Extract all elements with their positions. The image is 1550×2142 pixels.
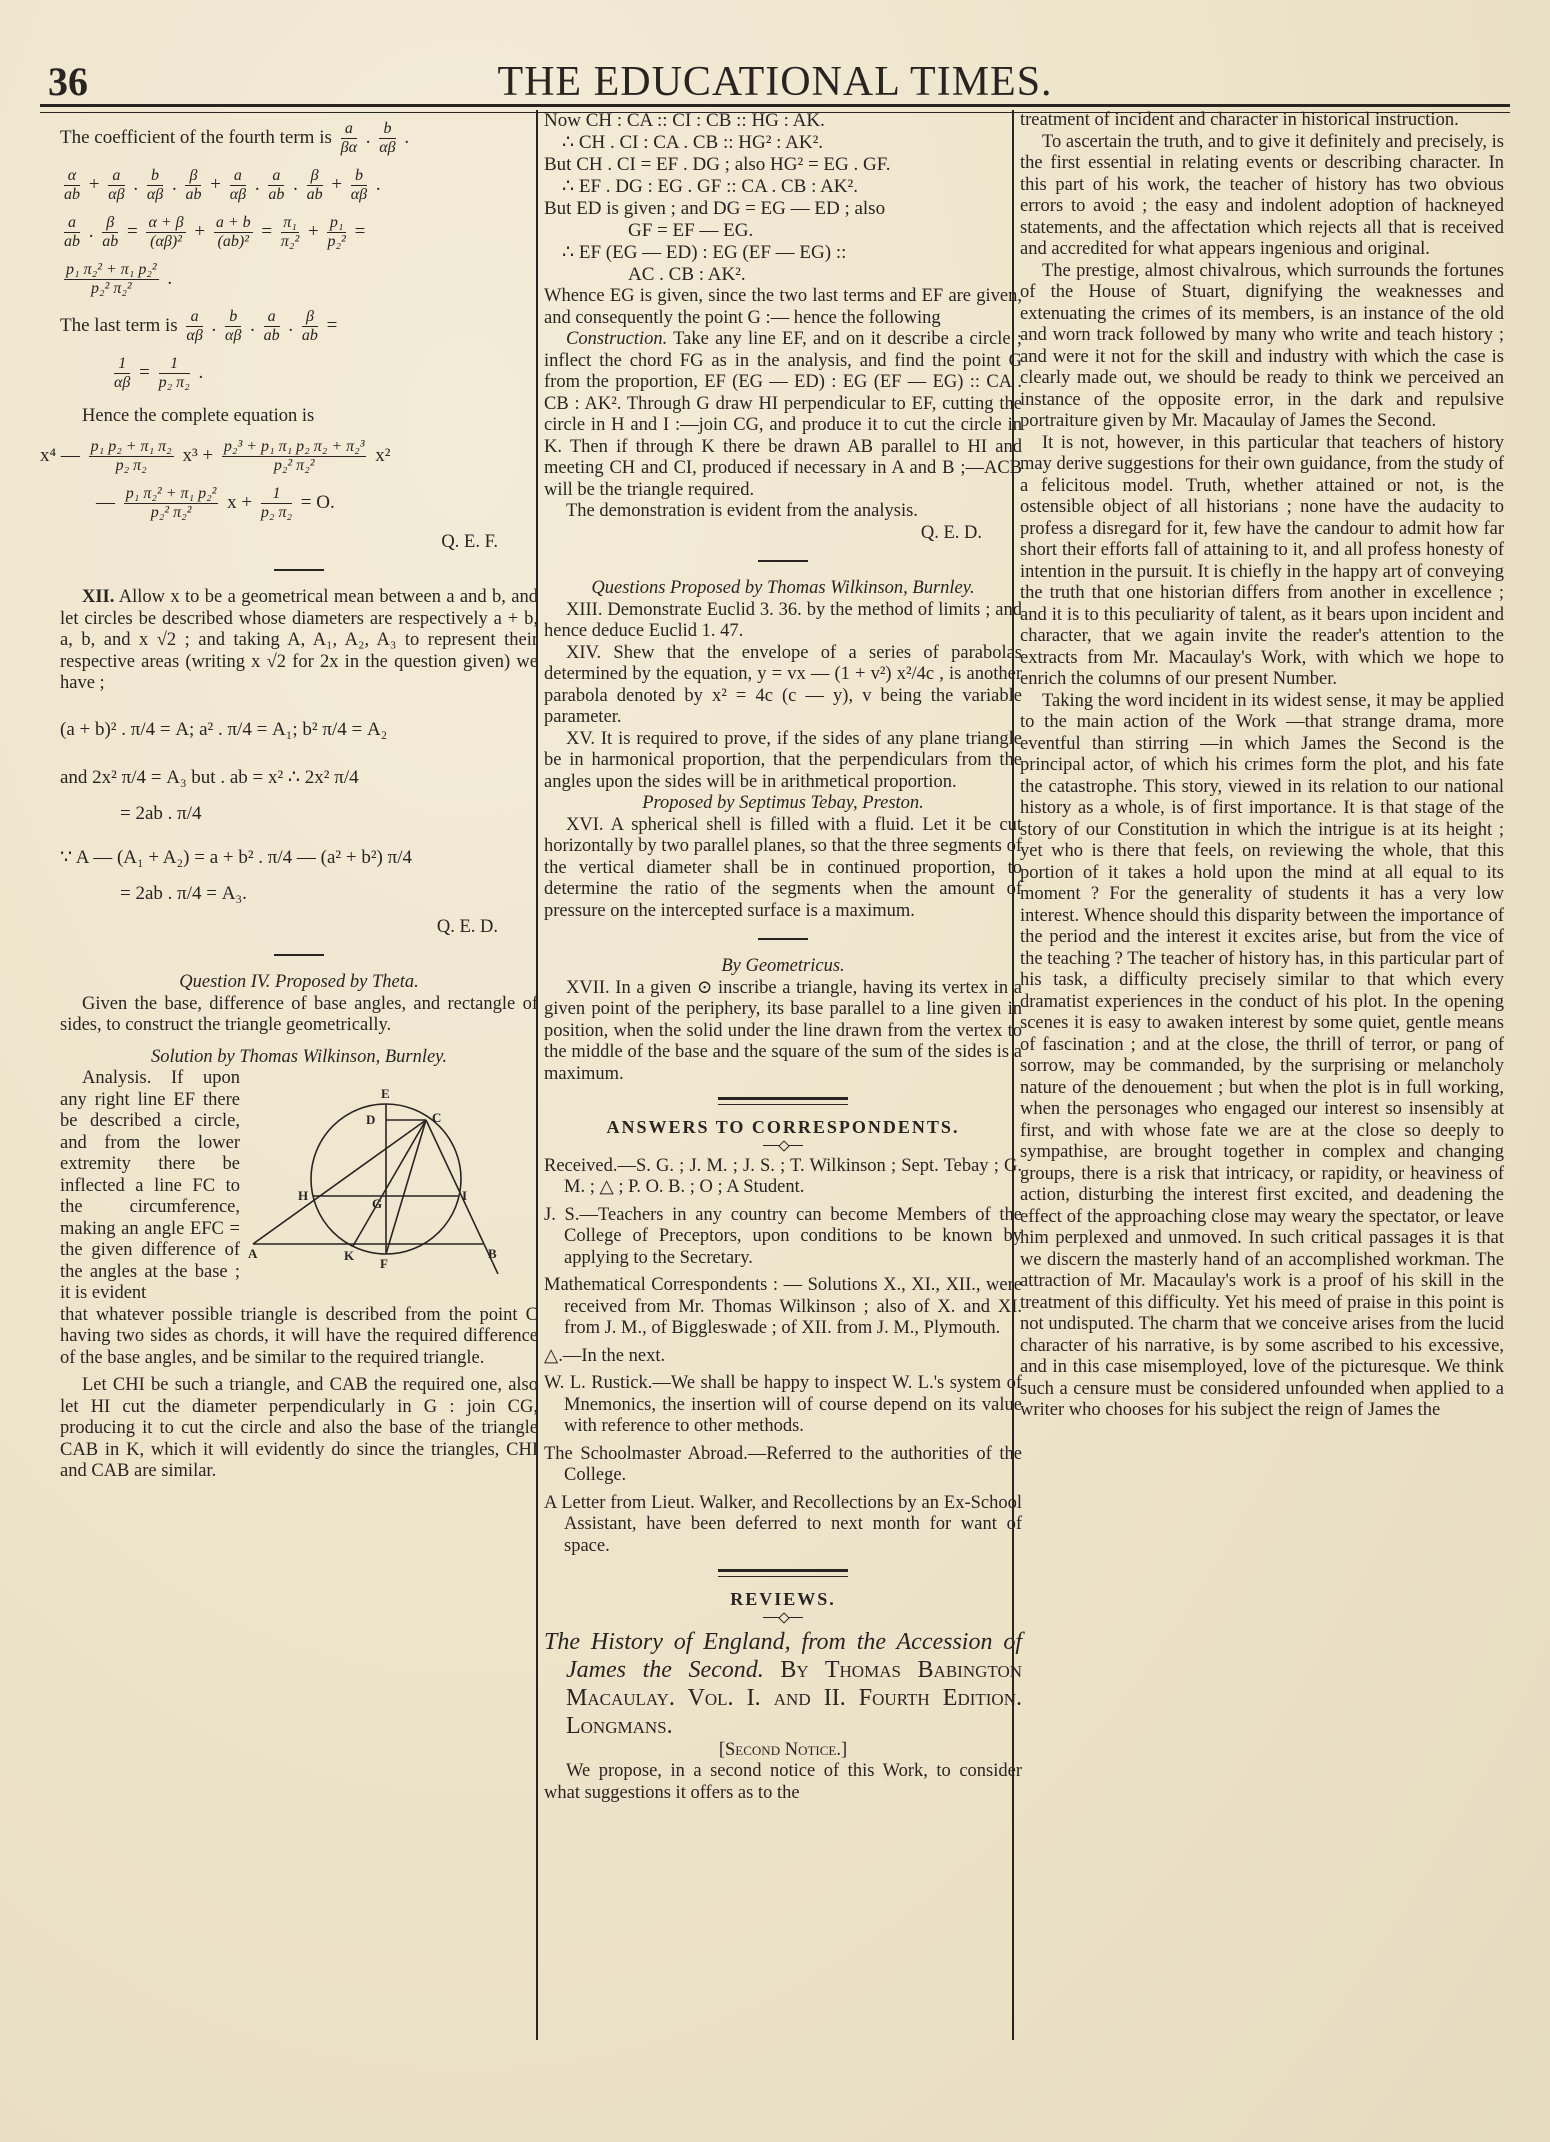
review-paragraph: To ascertain the truth, and to give it d…	[1020, 132, 1504, 261]
question-xiv: XIV. Shew that the envelope of a series …	[544, 643, 1022, 729]
question-xiii: XIII. Demonstrate Euclid 3. 36. by the m…	[544, 600, 1022, 643]
let-chi-text: Let CHI be such a triangle, and CAB the …	[60, 1375, 538, 1483]
eq-difference: ∵ A — (A₁ + A₂) = a + b² . π/4 — (a² + b…	[60, 845, 538, 871]
review-paragraph: treatment of incident and character in h…	[1020, 110, 1504, 132]
ornament-divider	[763, 1145, 803, 1146]
eq-areas: (a + b)² . π/4 = A; a² . π/4 = A₁; b² π/…	[60, 717, 538, 743]
svg-text:C: C	[432, 1110, 441, 1125]
fraction: aβα	[341, 120, 357, 157]
section-rule	[718, 1097, 848, 1105]
proportion-line: But ED is given ; and DG = EG — ED ; als…	[544, 198, 1022, 220]
column-left: The coefficient of the fourth term is aβ…	[60, 110, 538, 1483]
coefficient-intro: The coefficient of the fourth term is	[60, 127, 332, 148]
divider	[758, 560, 808, 562]
whence-text: Whence EG is given, since the two last t…	[544, 286, 1022, 329]
proportion-line: Now CH : CA :: CI : CB :: HG : AK.	[544, 110, 1022, 132]
question-xvi: XVI. A spherical shell is filled with a …	[544, 815, 1022, 923]
answers-heading: ANSWERS TO CORRESPONDENTS.	[544, 1117, 1022, 1139]
question-iv-text: Given the base, difference of base angle…	[60, 994, 538, 1037]
question-xii: XII. Allow x to be a geometrical mean be…	[60, 587, 538, 695]
review-title: The History of England, from the Accessi…	[544, 1628, 1022, 1740]
answer-item: Received.—S. G. ; J. M. ; J. S. ; T. Wil…	[544, 1156, 1022, 1199]
proportion-line: ∴ EF . DG : EG . GF :: CA . CB : AK².	[544, 176, 1022, 198]
complete-equation-2: — p₁ π₂² + π₁ p₂²p₂² π₂² x + 1p₂ π₂ = O.	[60, 485, 538, 522]
eq-a3-result: = 2ab . π/4 = A₃.	[60, 881, 538, 907]
geometry-diagram: E D C H G I A K F B	[248, 1074, 538, 1274]
answer-item: The Schoolmaster Abroad.—Referred to the…	[544, 1444, 1022, 1487]
tebay-heading: Proposed by Septimus Tebay, Preston.	[544, 793, 1022, 815]
proportion-lines: Now CH : CA :: CI : CB :: HG : AK. ∴ CH …	[544, 110, 1022, 286]
divider	[758, 938, 808, 940]
column-right: treatment of incident and character in h…	[1012, 110, 1504, 2040]
page-header: 36 THE EDUCATIONAL TIMES.	[40, 40, 1510, 102]
review-paragraph: It is not, however, in this particular t…	[1020, 433, 1504, 691]
section-rule	[718, 1569, 848, 1577]
qed-mark: Q. E. D.	[60, 917, 538, 939]
ornament-divider	[763, 1617, 803, 1618]
analysis-continued: that whatever possible triangle is descr…	[60, 1305, 538, 1370]
complete-equation-1: x⁴ — p₁ p₂ + π₁ π₂p₂ π₂ x³ + p₂³ + p₁ π₁…	[40, 438, 538, 475]
question-xv: XV. It is required to prove, if the side…	[544, 729, 1022, 794]
question-xvii: XVII. In a given ⊙ inscribe a triangle, …	[544, 978, 1022, 1086]
svg-text:D: D	[366, 1112, 375, 1127]
questions-heading: Questions Proposed by Thomas Wilkinson, …	[544, 578, 1022, 600]
equation-last: 1αβ = 1p₂ π₂ .	[60, 355, 538, 392]
proportion-line: But CH . CI = EF . DG ; also HG² = EG . …	[544, 154, 1022, 176]
equation-product: aab . βab = α + β(αβ)² + a + b(ab)² = π₁…	[60, 214, 538, 251]
reviews-heading: REVIEWS.	[544, 1589, 1022, 1611]
geometricus-heading: By Geometricus.	[544, 956, 1022, 978]
svg-text:I: I	[462, 1188, 467, 1203]
hence-text: Hence the complete equation is	[60, 406, 538, 428]
analysis-block: E D C H G I A K F B Analysis. If upon an…	[60, 1068, 538, 1305]
qed-mark: Q. E. D.	[544, 523, 1022, 545]
proportion-line: ∴ CH . CI : CA . CB :: HG² : AK².	[544, 132, 1022, 154]
review-paragraph: The prestige, almost chivalrous, which s…	[1020, 261, 1504, 433]
qef-mark: Q. E. F.	[60, 532, 538, 554]
question-iv-heading: Question IV. Proposed by Theta.	[60, 972, 538, 994]
answer-item: W. L. Rustick.—We shall be happy to insp…	[544, 1373, 1022, 1438]
answer-item: Mathematical Correspondents : — Solution…	[544, 1275, 1022, 1340]
answer-item: J. S.—Teachers in any country can become…	[544, 1205, 1022, 1270]
svg-text:K: K	[344, 1248, 355, 1263]
construction-paragraph: Construction. Take any line EF, and on i…	[544, 329, 1022, 501]
answer-item: A Letter from Lieut. Walker, and Recolle…	[544, 1493, 1022, 1558]
svg-text:A: A	[248, 1246, 258, 1261]
proportion-line: GF = EF — EG.	[544, 220, 1022, 242]
svg-text:G: G	[372, 1196, 382, 1211]
equation-sum: αab + aαβ . bαβ . βab + aαβ . aab . βab …	[60, 167, 538, 204]
column-middle: Now CH : CA :: CI : CB :: HG : AK. ∴ CH …	[536, 110, 1022, 2040]
answer-item: △.—In the next.	[544, 1346, 1022, 1368]
masthead-title: THE EDUCATIONAL TIMES.	[40, 58, 1510, 106]
divider	[274, 569, 324, 571]
divider	[274, 954, 324, 956]
last-term-line: The last term is aαβ . bαβ . aab . βab =	[60, 308, 538, 345]
last-term-intro: The last term is	[60, 315, 178, 336]
fraction: bαβ	[379, 120, 395, 157]
svg-text:H: H	[298, 1188, 308, 1203]
second-notice: [Second Notice.]	[544, 1740, 1022, 1762]
coefficient-line: The coefficient of the fourth term is aβ…	[60, 120, 538, 157]
review-opening: We propose, in a second notice of this W…	[544, 1761, 1022, 1804]
eq-a3: and 2x² π/4 = A₃ but . ab = x² ∴ 2x² π/4	[60, 765, 538, 791]
demonstration-text: The demonstration is evident from the an…	[544, 501, 1022, 523]
review-paragraph: Taking the word incident in its widest s…	[1020, 691, 1504, 1422]
eq-2ab: = 2ab . π/4	[60, 801, 538, 827]
svg-text:F: F	[380, 1256, 388, 1271]
svg-text:E: E	[381, 1086, 390, 1101]
solution-heading: Solution by Thomas Wilkinson, Burnley.	[60, 1047, 538, 1069]
equation-result: p₁ π₂² + π₁ p₂²p₂² π₂² .	[60, 261, 538, 298]
proportion-line: AC . CB : AK².	[544, 264, 1022, 286]
proportion-line: ∴ EF (EG — ED) : EG (EF — EG) ::	[544, 242, 1022, 264]
svg-text:B: B	[488, 1246, 497, 1261]
